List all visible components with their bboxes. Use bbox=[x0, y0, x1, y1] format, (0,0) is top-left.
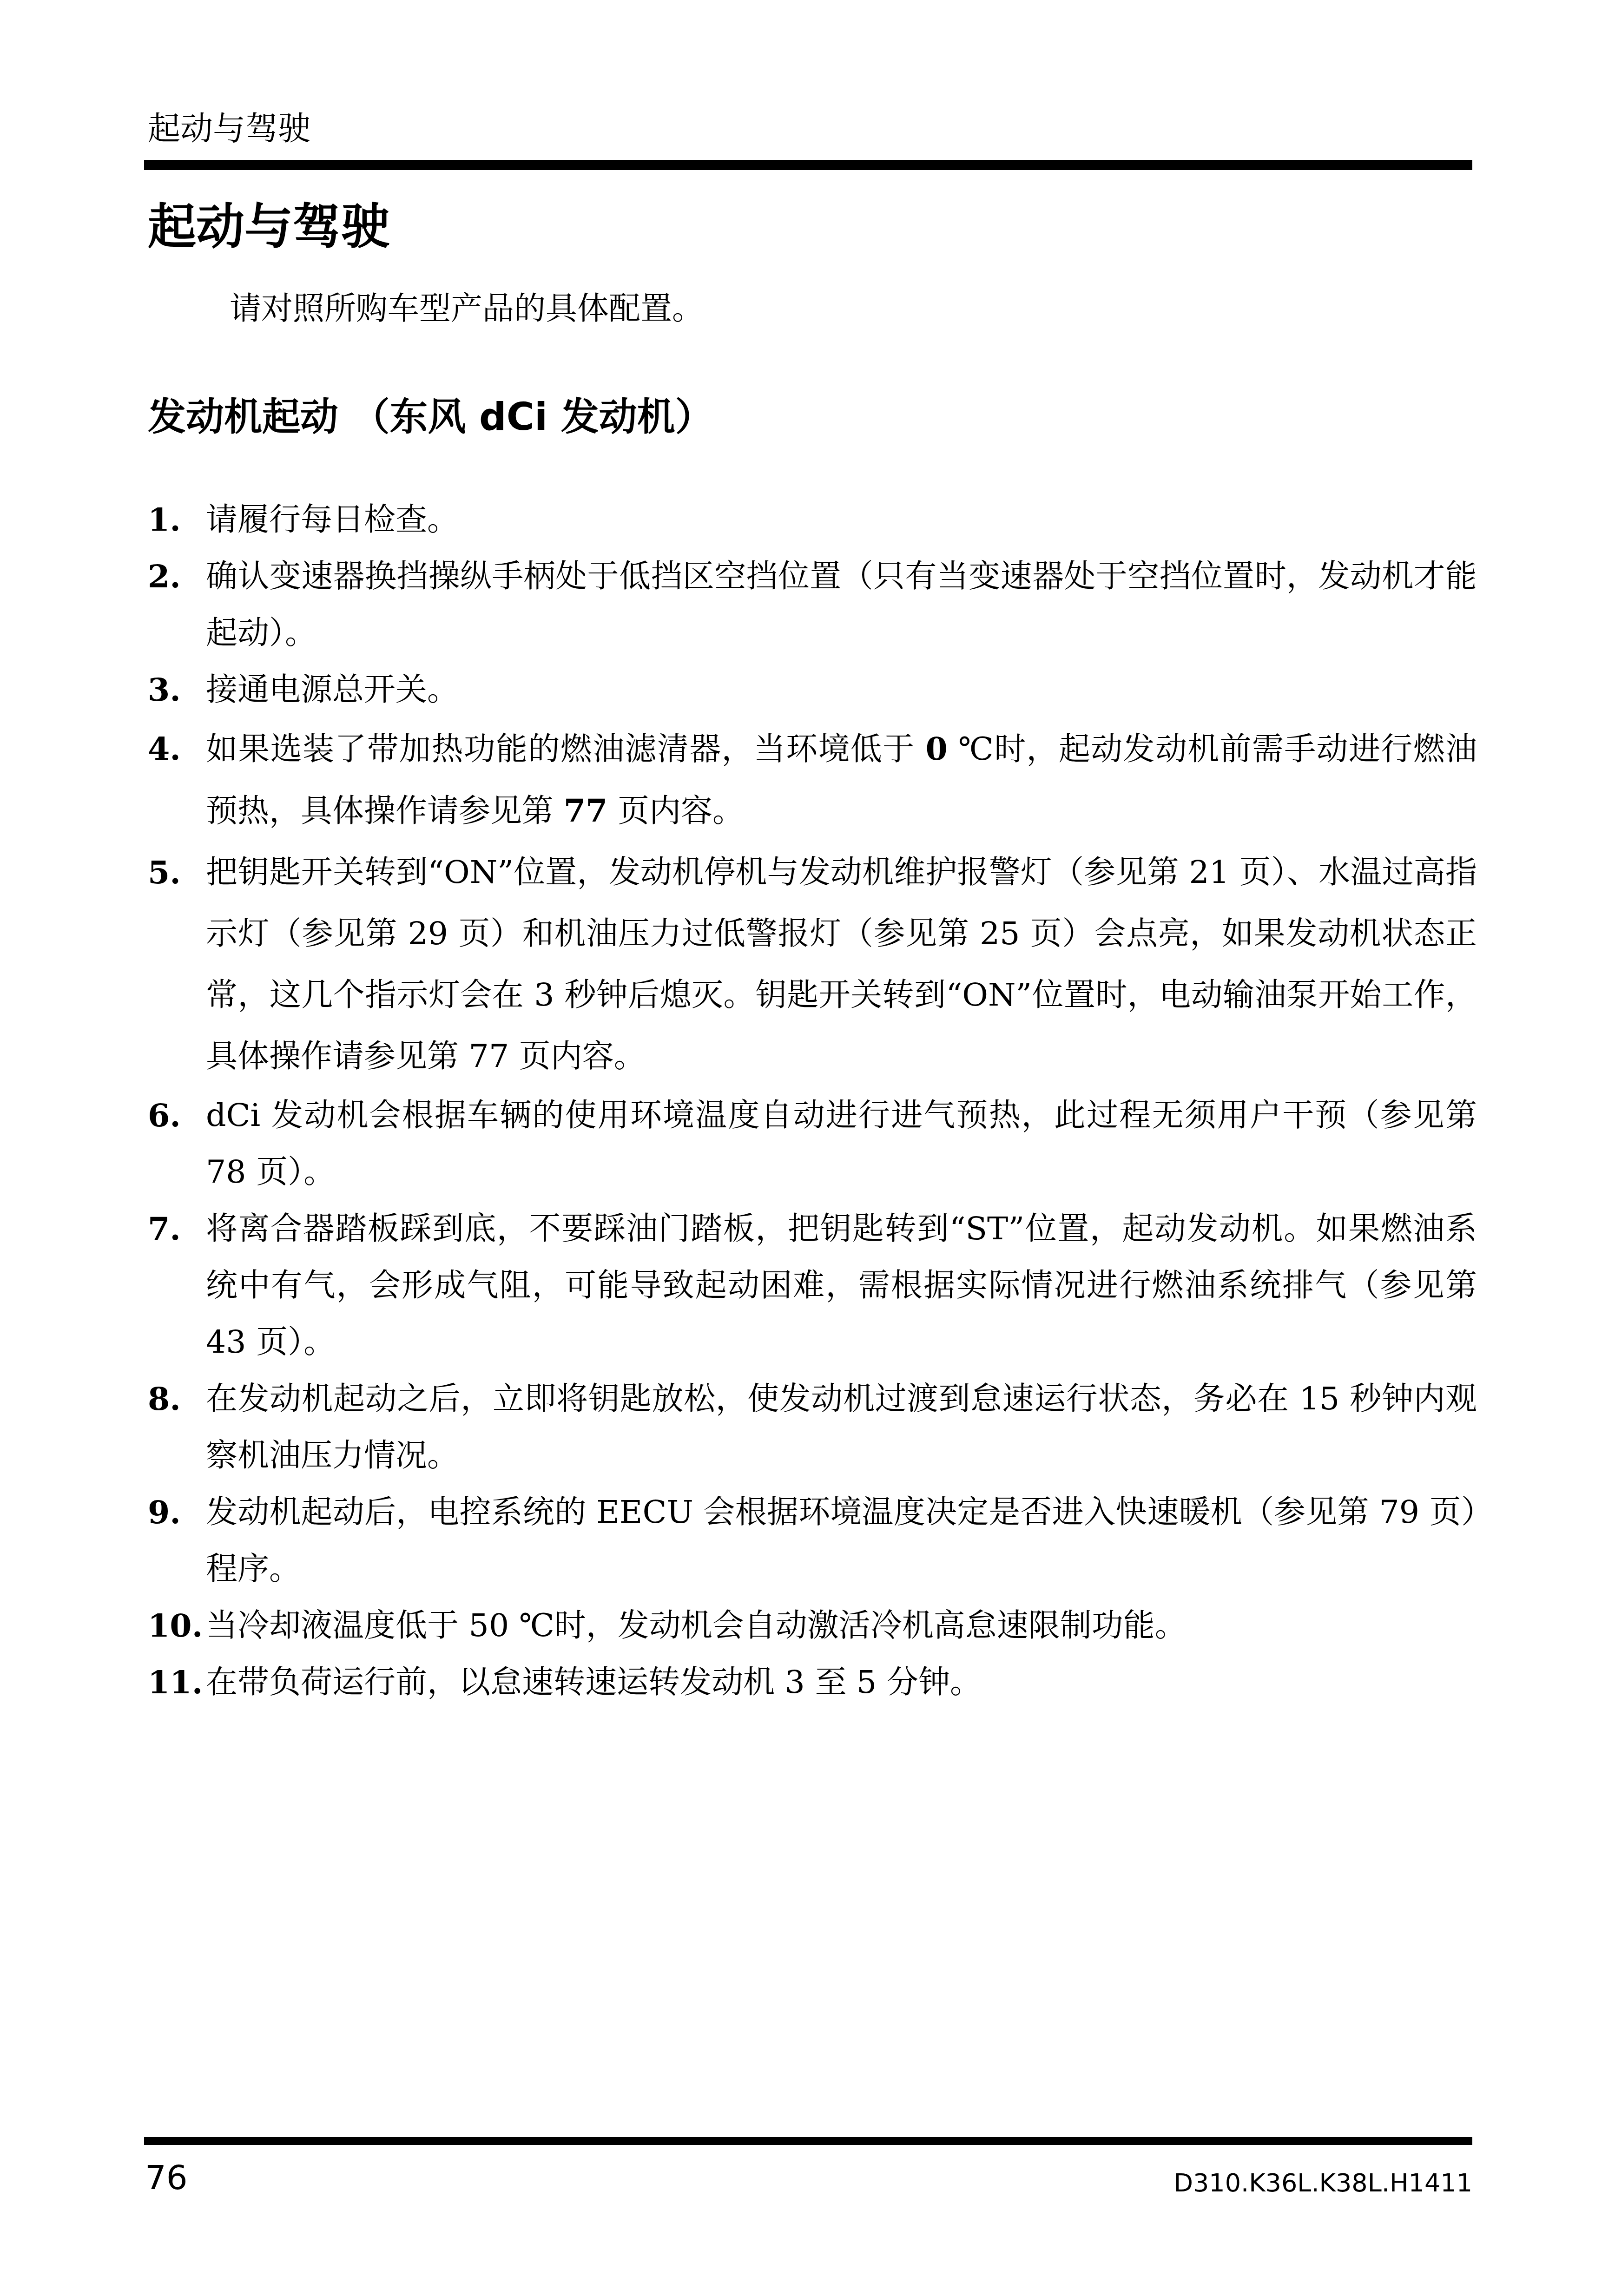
step-number: 9. bbox=[148, 1484, 181, 1541]
step-text: 请履行每日检查。 bbox=[206, 492, 1477, 548]
chapter-intro: 请对照所购车型产品的具体配置。 bbox=[230, 283, 704, 335]
step-text: 如果选装了带加热功能的燃油滤清器，当环境低于 0 ℃时，起动发动机前需手动进行燃… bbox=[206, 718, 1477, 842]
step-item: 4. 如果选装了带加热功能的燃油滤清器，当环境低于 0 ℃时，起动发动机前需手动… bbox=[148, 718, 1477, 842]
step-text: 确认变速器换挡操纵手柄处于低挡区空挡位置（只有当变速器处于空挡位置时，发动机才能… bbox=[206, 548, 1477, 662]
page-number: 76 bbox=[145, 2154, 188, 2201]
step-text: 将离合器踏板踩到底，不要踩油门踏板，把钥匙转到“ST”位置，起动发动机。如果燃油… bbox=[206, 1201, 1477, 1371]
startup-steps-list: 1. 请履行每日检查。 2. 确认变速器换挡操纵手柄处于低挡区空挡位置（只有当变… bbox=[148, 492, 1477, 1711]
step-item: 11. 在带负荷运行前，以怠速转速运转发动机 3 至 5 分钟。 bbox=[148, 1654, 1477, 1711]
step-item: 1. 请履行每日检查。 bbox=[148, 492, 1477, 548]
step-text: 当冷却液温度低于 50 ℃时，发动机会自动激活冷机高怠速限制功能。 bbox=[206, 1598, 1477, 1654]
step-text: 把钥匙开关转到“ON”位置，发动机停机与发动机维护报警灯（参见第 21 页）、水… bbox=[206, 842, 1477, 1087]
section-title: 发动机起动 （东风 dCi 发动机） bbox=[148, 389, 713, 445]
step-number: 5. bbox=[148, 842, 181, 903]
step-item: 3. 接通电源总开关。 bbox=[148, 662, 1477, 718]
step-text: 在带负荷运行前，以怠速转速运转发动机 3 至 5 分钟。 bbox=[206, 1654, 1477, 1711]
step-number: 1. bbox=[148, 492, 181, 548]
step-text: 在发动机起动之后，立即将钥匙放松，使发动机过渡到怠速运行状态，务必在 15 秒钟… bbox=[206, 1371, 1477, 1484]
step-text: 接通电源总开关。 bbox=[206, 662, 1477, 718]
step-item: 9. 发动机起动后，电控系统的 EECU 会根据环境温度决定是否进入快速暖机（参… bbox=[148, 1484, 1477, 1598]
chapter-title: 起动与驾驶 bbox=[148, 194, 389, 259]
step-item: 6. dCi 发动机会根据车辆的使用环境温度自动进行进气预热，此过程无须用户干预… bbox=[148, 1087, 1477, 1201]
running-header: 起动与驾驶 bbox=[148, 103, 310, 154]
step-number: 11. bbox=[148, 1654, 203, 1711]
step-item: 5. 把钥匙开关转到“ON”位置，发动机停机与发动机维护报警灯（参见第 21 页… bbox=[148, 842, 1477, 1087]
header-rule bbox=[144, 160, 1472, 170]
step-number: 4. bbox=[148, 718, 181, 780]
step-item: 8. 在发动机起动之后，立即将钥匙放松，使发动机过渡到怠速运行状态，务必在 15… bbox=[148, 1371, 1477, 1484]
footer-rule bbox=[144, 2137, 1472, 2145]
step-number: 2. bbox=[148, 548, 181, 605]
step-item: 10. 当冷却液温度低于 50 ℃时，发动机会自动激活冷机高怠速限制功能。 bbox=[148, 1598, 1477, 1654]
step-item: 7. 将离合器踏板踩到底，不要踩油门踏板，把钥匙转到“ST”位置，起动发动机。如… bbox=[148, 1201, 1477, 1371]
step-number: 10. bbox=[148, 1598, 203, 1654]
step-number: 3. bbox=[148, 662, 181, 718]
step-number: 8. bbox=[148, 1371, 181, 1428]
document-code: D310.K36L.K38L.H1411 bbox=[1173, 2164, 1472, 2202]
step-number: 7. bbox=[148, 1201, 181, 1257]
step-number: 6. bbox=[148, 1087, 181, 1144]
step-text: dCi 发动机会根据车辆的使用环境温度自动进行进气预热，此过程无须用户干预（参见… bbox=[206, 1087, 1477, 1201]
step-text: 发动机起动后，电控系统的 EECU 会根据环境温度决定是否进入快速暖机（参见第 … bbox=[206, 1484, 1477, 1598]
document-page: 起动与驾驶 起动与驾驶 请对照所购车型产品的具体配置。 发动机起动 （东风 dC… bbox=[0, 0, 1615, 2296]
step-item: 2. 确认变速器换挡操纵手柄处于低挡区空挡位置（只有当变速器处于空挡位置时，发动… bbox=[148, 548, 1477, 662]
